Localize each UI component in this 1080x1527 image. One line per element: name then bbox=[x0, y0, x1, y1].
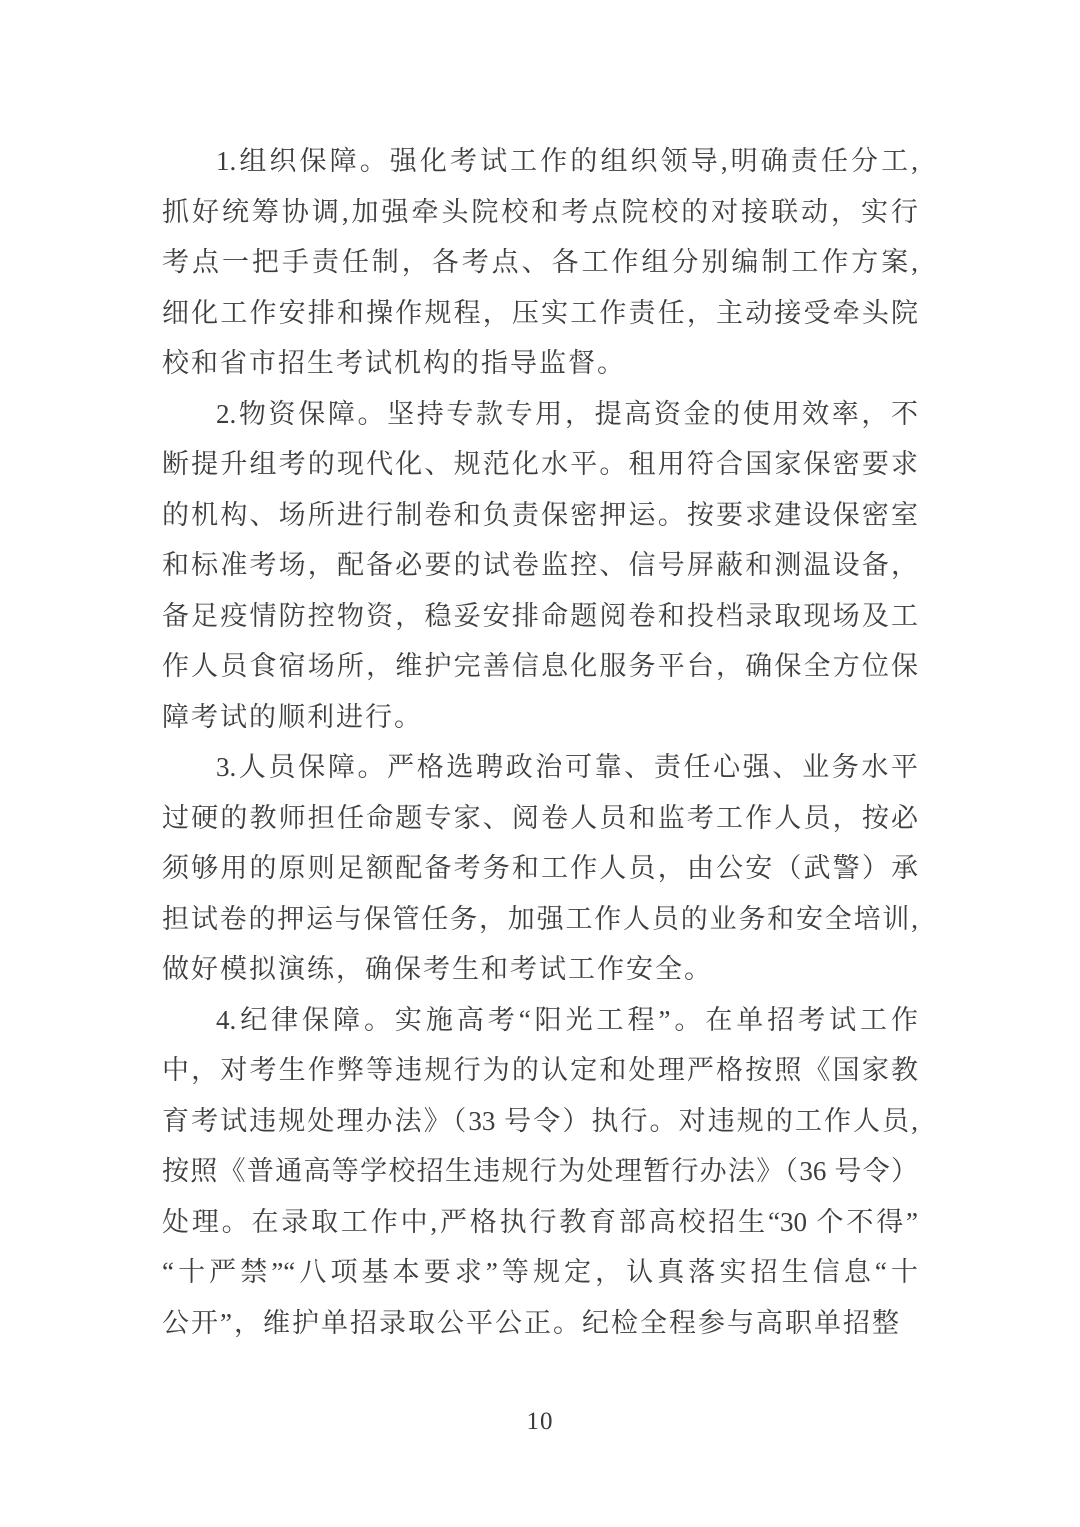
paragraph: 3.人员保障。严格选聘政治可靠、责任心强、业务水平过硬的教师担任命题专家、阅卷人… bbox=[162, 742, 918, 995]
text-line: 公开”，维护单招录取公平公正。纪检全程参与高职单招整 bbox=[162, 1298, 918, 1349]
text-line: 4.纪律保障。实施高考“阳光工程”。在单招考试工作 bbox=[162, 995, 918, 1046]
text-line: 的机构、场所进行制卷和负责保密押运。按要求建设保密室 bbox=[162, 490, 918, 541]
text-line: 过硬的教师担任命题专家、阅卷人员和监考工作人员，按必 bbox=[162, 793, 918, 844]
text-line: 1.组织保障。强化考试工作的组织领导,明确责任分工, bbox=[162, 136, 918, 187]
text-line: 备足疫情防控物资，稳妥安排命题阅卷和投档录取现场及工 bbox=[162, 591, 918, 642]
page-number: 10 bbox=[0, 1408, 1080, 1436]
text-line: 和标准考场，配备必要的试卷监控、信号屏蔽和测温设备， bbox=[162, 540, 918, 591]
text-line: 校和省市招生考试机构的指导监督。 bbox=[162, 338, 918, 389]
text-line: 细化工作安排和操作规程，压实工作责任，主动接受牵头院 bbox=[162, 288, 918, 339]
text-line: 作人员食宿场所，维护完善信息化服务平台，确保全方位保 bbox=[162, 641, 918, 692]
text-line: 2.物资保障。坚持专款专用，提高资金的使用效率，不 bbox=[162, 389, 918, 440]
text-line: 按照《普通高等学校招生违规行为处理暂行办法》（36 号令） bbox=[162, 1146, 918, 1197]
text-line: 做好模拟演练，确保考生和考试工作安全。 bbox=[162, 944, 918, 995]
text-line: 3.人员保障。严格选聘政治可靠、责任心强、业务水平 bbox=[162, 742, 918, 793]
text-line: 处理。在录取工作中,严格执行教育部高校招生“30 个不得” bbox=[162, 1197, 918, 1248]
text-line: 担试卷的押运与保管任务，加强工作人员的业务和安全培训, bbox=[162, 894, 918, 945]
text-line: 考点一把手责任制，各考点、各工作组分别编制工作方案, bbox=[162, 237, 918, 288]
document-body: 1.组织保障。强化考试工作的组织领导,明确责任分工,抓好统筹协调,加强牵头院校和… bbox=[162, 136, 918, 1348]
text-line: 中，对考生作弊等违规行为的认定和处理严格按照《国家教 bbox=[162, 1045, 918, 1096]
text-line: 育考试违规处理办法》（33 号令）执行。对违规的工作人员, bbox=[162, 1096, 918, 1147]
paragraph: 4.纪律保障。实施高考“阳光工程”。在单招考试工作中，对考生作弊等违规行为的认定… bbox=[162, 995, 918, 1349]
text-line: 障考试的顺利进行。 bbox=[162, 692, 918, 743]
document-page: 1.组织保障。强化考试工作的组织领导,明确责任分工,抓好统筹协调,加强牵头院校和… bbox=[0, 0, 1080, 1527]
text-line: “十严禁”“八项基本要求”等规定，认真落实招生信息“十 bbox=[162, 1247, 918, 1298]
text-line: 须够用的原则足额配备考务和工作人员，由公安（武警）承 bbox=[162, 843, 918, 894]
text-line: 断提升组考的现代化、规范化水平。租用符合国家保密要求 bbox=[162, 439, 918, 490]
paragraph: 1.组织保障。强化考试工作的组织领导,明确责任分工,抓好统筹协调,加强牵头院校和… bbox=[162, 136, 918, 389]
text-line: 抓好统筹协调,加强牵头院校和考点院校的对接联动，实行 bbox=[162, 187, 918, 238]
paragraph: 2.物资保障。坚持专款专用，提高资金的使用效率，不断提升组考的现代化、规范化水平… bbox=[162, 389, 918, 743]
